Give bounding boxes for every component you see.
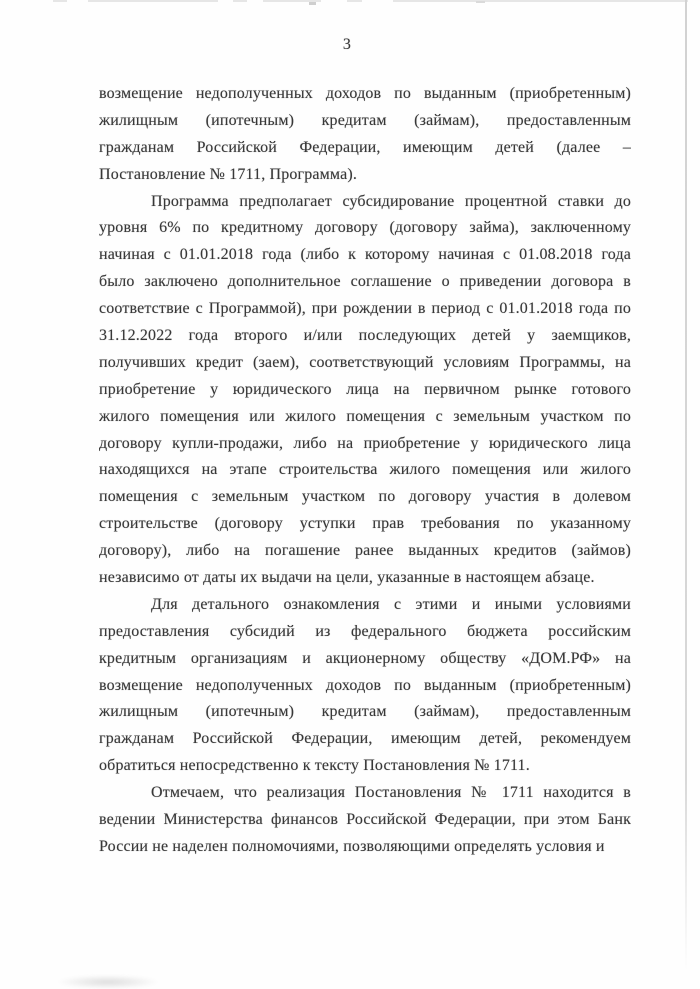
text-line: России не наделен полномочиями, позволяю… [99, 834, 631, 861]
scan-artifact-top [393, 0, 688, 2]
text-line: помещения с земельным участком по догово… [99, 484, 631, 511]
text-line: предоставления субсидий из федерального … [99, 619, 631, 646]
text-line: получивших кредит (заем), соответствующи… [99, 350, 631, 377]
text-line: находящихся на этапе строительства жилог… [99, 457, 631, 484]
text-line: договору), либо на погашение ранее выдан… [99, 538, 631, 565]
text-line: ведении Министерства финансов Российской… [99, 807, 631, 834]
text-line: Постановление № 1711, Программа). [99, 162, 631, 189]
text-line: кредитным организациям и акционерному об… [99, 646, 631, 673]
text-line: возмещение недополученных доходов по выд… [99, 81, 631, 108]
text-line: договору купли-продажи, либо на приобрет… [99, 431, 631, 458]
text-line: независимо от даты их выдачи на цели, ук… [99, 565, 631, 592]
text-line: обратиться непосредственно к тексту Пост… [99, 753, 631, 780]
text-line: соответствие с Программой), при рождении… [99, 296, 631, 323]
scan-artifact-top [53, 0, 67, 2]
text-line: начиная с 01.01.2018 года (либо к которо… [99, 242, 631, 269]
text-line: 31.12.2022 года второго и/или последующи… [99, 323, 631, 350]
text-line: жилого помещения или жилого помещения с … [99, 404, 631, 431]
text-line: жилищным (ипотечным) кредитам (займам), … [99, 699, 631, 726]
scan-artifact-dot [476, 1, 485, 3]
text-line: Для детального ознакомления с этими и ин… [99, 592, 631, 619]
text-line: строительстве (договору уступки прав тре… [99, 511, 631, 538]
document-page: 3 возмещение недополученных доходов по в… [0, 0, 700, 989]
scan-artifact-top [347, 0, 362, 2]
text-line: возмещение недополученных доходов по выд… [99, 673, 631, 700]
text-line: гражданам Российской Федерации, имеющим … [99, 726, 631, 753]
text-body: возмещение недополученных доходов по выд… [99, 81, 631, 861]
text-line: Отмечаем, что реализация Постановления №… [99, 780, 631, 807]
scan-artifact-smudge [56, 975, 160, 989]
text-line: было заключено дополнительное соглашение… [99, 269, 631, 296]
text-line: жилищным (ипотечным) кредитам (займам), … [99, 108, 631, 135]
scan-artifact-right-edge [685, 0, 687, 972]
scan-artifact-top [88, 0, 218, 2]
text-line: гражданам Российской Федерации, имеющим … [99, 135, 631, 162]
page-number: 3 [0, 36, 694, 54]
text-line: Программа предполагает субсидирование пр… [99, 189, 631, 216]
scan-artifact-top [233, 0, 247, 2]
scan-artifact-dot [309, 2, 316, 5]
text-line: уровня 6% по кредитному договору (догово… [99, 215, 631, 242]
text-line: приобретение у юридического лица на перв… [99, 377, 631, 404]
